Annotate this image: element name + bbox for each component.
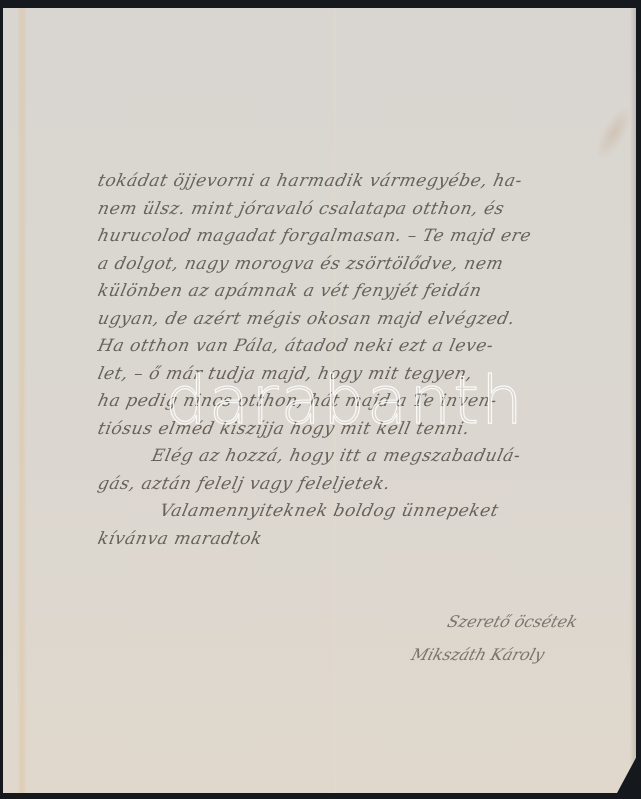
letter-line: ugyan, de azért mégis okosan majd elvégz… — [95, 306, 641, 334]
letter-line: különben az apámnak a vét fenyjét feidán — [95, 278, 641, 306]
letter-body: tokádat öjjevorni a harmadik vármegyébe,… — [95, 168, 635, 553]
letter-line: ha pedig nincs otthon, hát majd a Te inv… — [95, 388, 641, 416]
letter-line: Valamennyiteknek boldog ünnepeket — [95, 498, 641, 526]
letter-line: hurucolod magadat forgalmasan. – Te majd… — [95, 223, 641, 251]
letter-line: Ha otthon van Pála, átadod neki ezt a le… — [95, 333, 641, 361]
signature-closing: Szerető öcsétek — [445, 612, 579, 631]
document-scan: tokádat öjjevorni a harmadik vármegyébe,… — [0, 0, 641, 799]
letter-line: a dolgot, nagy morogva és zsörtölődve, n… — [95, 251, 641, 279]
letter-line: tiósus elméd kiszíjja hogy mit kell tenn… — [95, 416, 641, 444]
paper-edge-stain — [17, 8, 27, 793]
letter-line: let, – ő már tudja majd, hogy mit tegyen… — [95, 361, 641, 389]
letter-line: gás, aztán felelj vagy feleljetek. — [95, 471, 641, 499]
letter-line: nem ülsz. mint jóravaló csalatapa otthon… — [95, 196, 641, 224]
letter-line: Elég az hozzá, hogy itt a megszabadulá- — [95, 443, 641, 471]
letter-line: tokádat öjjevorni a harmadik vármegyébe,… — [95, 168, 641, 196]
letter-line: kívánva maradtok — [95, 526, 641, 554]
signature-name: Mikszáth Károly — [409, 645, 547, 664]
